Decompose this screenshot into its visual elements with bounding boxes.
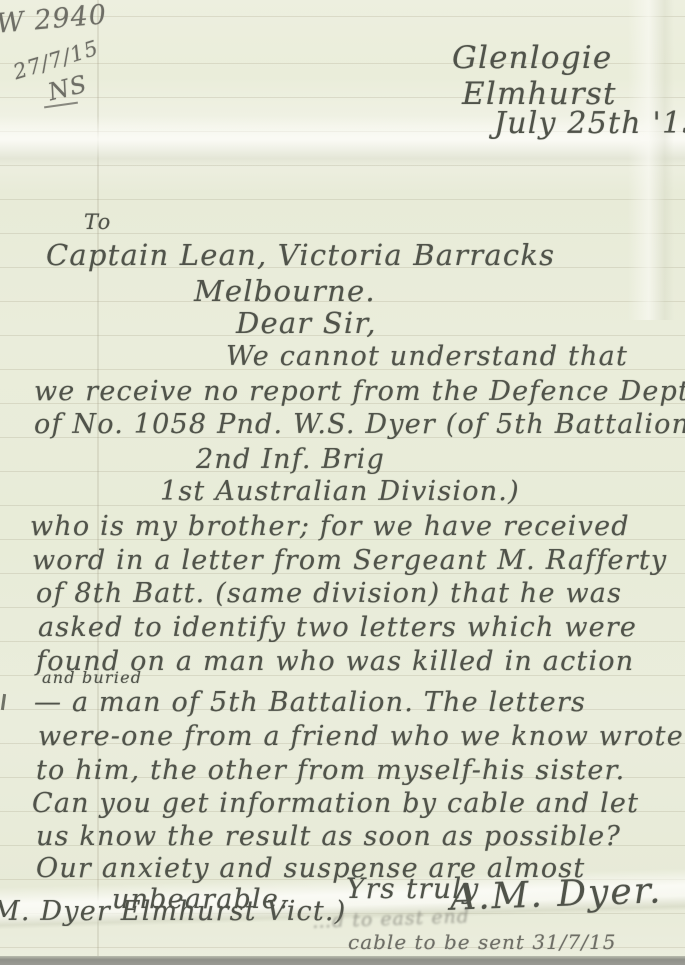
body-line: to him, the other from myself-his sister… — [36, 755, 625, 786]
body-line: We cannot understand that — [226, 341, 628, 372]
body-line: asked to identify two letters which were — [38, 612, 637, 643]
body-line: were-one from a friend who we know wrote — [38, 721, 684, 752]
scan-bottom-edge — [0, 956, 685, 965]
letter-scan: W 2940 27/7/15 NS Glenlogie Elmhurst Jul… — [0, 0, 685, 965]
body-line: — a man of 5th Battalion. The letters — [34, 687, 586, 718]
cable-sent-note: cable to be sent 31/7/15 — [348, 930, 616, 954]
recipient-line-2: Melbourne. — [194, 274, 376, 308]
to-label: To — [84, 210, 111, 234]
body-line: us know the result as soon as possible? — [36, 821, 621, 852]
salutation: Dear Sir, — [236, 306, 377, 340]
recipient-line-1: Captain Lean, Victoria Barracks — [46, 238, 555, 272]
paper-crease-right — [628, 0, 674, 320]
body-line: 1st Australian Division.) — [160, 476, 520, 507]
body-line: Can you get information by cable and let — [32, 788, 639, 819]
body-line: of No. 1058 Pnd. W.S. Dyer (of 5th Batta… — [34, 409, 685, 440]
place-line-1: Glenlogie — [452, 40, 612, 76]
sender-note: M. Dyer Elmhurst Vict.) — [0, 896, 346, 927]
body-line: we receive no report from the Defence De… — [34, 376, 685, 407]
body-line: 2nd Inf. Brig — [196, 444, 385, 475]
letter-date: July 25th '15. — [494, 106, 685, 141]
body-line: of 8th Batt. (same division) that he was — [36, 578, 622, 609]
body-line: word in a letter from Sergeant M. Raffer… — [32, 545, 667, 576]
body-line: who is my brother; for we have received — [30, 511, 630, 542]
insertion-note: and buried — [42, 668, 142, 687]
signature: A.M. Dyer. — [449, 870, 663, 918]
